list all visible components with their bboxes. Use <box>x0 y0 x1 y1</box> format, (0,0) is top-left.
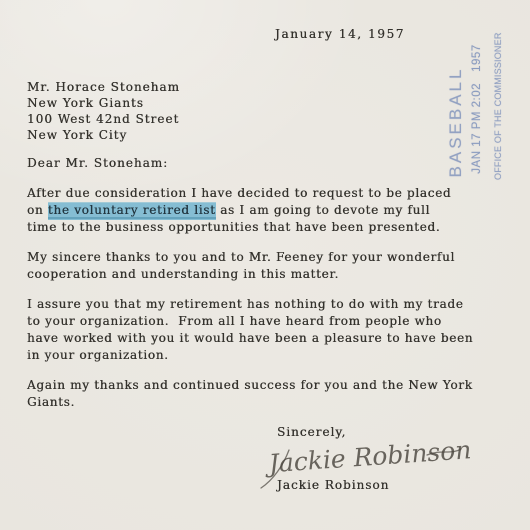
recipient-name: Mr. Horace Stoneham <box>27 79 180 95</box>
body-paragraph-2: My sincere thanks to you and to Mr. Feen… <box>27 249 473 283</box>
body-paragraph-1: After due consideration I have decided t… <box>27 185 473 236</box>
recipient-organization: New York Giants <box>27 95 180 111</box>
recipient-street: 100 West 42nd Street <box>27 111 180 127</box>
stamp-office-text: OFFICE OF THE COMMISSIONER <box>493 38 503 180</box>
signature-typed: Jackie Robinson <box>277 478 473 492</box>
body-paragraph-4: Again my thanks and continued success fo… <box>27 377 473 411</box>
letter-document: January 14, 1957 BASEBALL JAN 17 PM 2:02… <box>0 0 530 530</box>
stamp-datetime-text: JAN 17 PM 2:02 1957 <box>471 39 483 179</box>
letter-body: After due consideration I have decided t… <box>27 185 473 492</box>
closing-block: Sincerely, Jackie Robinson Jackie Robins… <box>277 425 473 492</box>
body-paragraph-3: I assure you that my retirement has noth… <box>27 296 473 364</box>
recipient-address: Mr. Horace Stoneham New York Giants 100 … <box>27 79 180 143</box>
salutation: Dear Mr. Stoneham: <box>27 156 168 170</box>
stamp-baseball-text: BASEBALL <box>446 64 466 180</box>
highlighted-phrase: the voluntary retired list <box>48 203 216 219</box>
recipient-city: New York City <box>27 127 180 143</box>
letter-date: January 14, 1957 <box>275 27 405 41</box>
signature-script-text: Jackie Robinson <box>263 435 472 478</box>
